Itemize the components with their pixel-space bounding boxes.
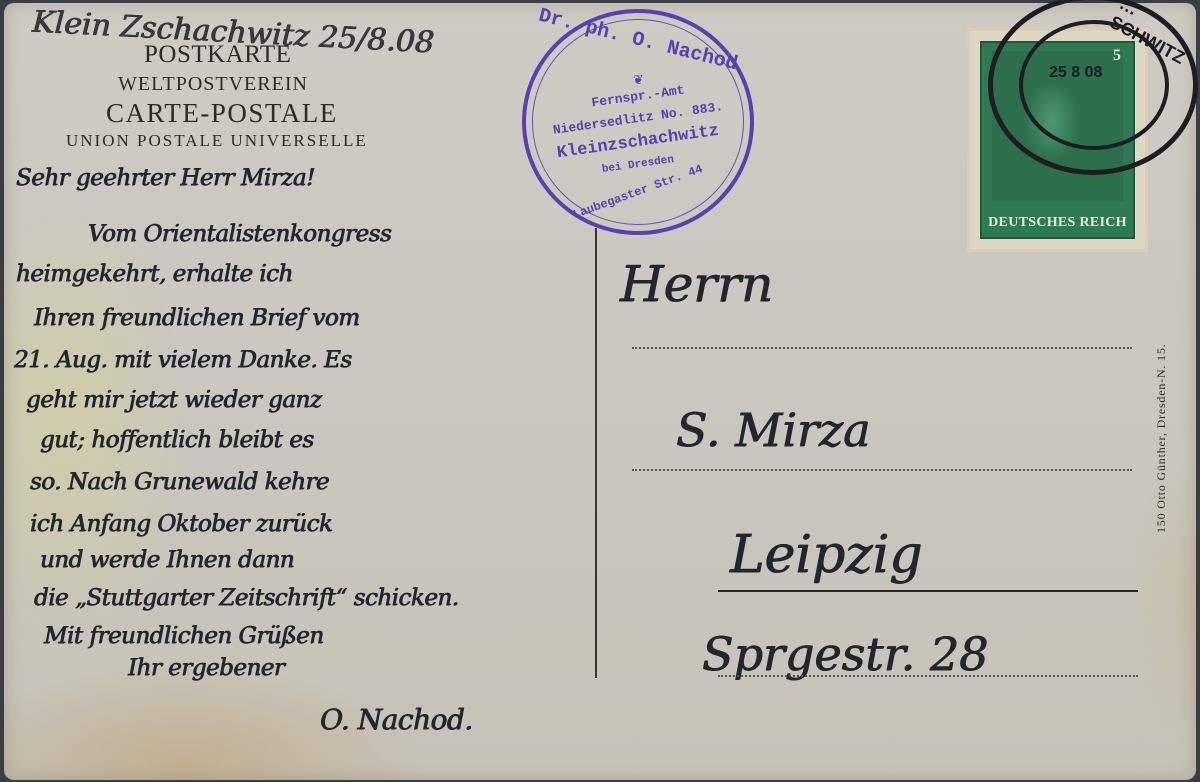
message-line: die „Stuttgarter Zeitschrift“ schicken. bbox=[34, 585, 459, 611]
carte-postale-label: CARTE-POSTALE bbox=[106, 98, 338, 129]
message-line: so. Nach Grunewald kehre bbox=[30, 469, 329, 495]
message-line: 21. Aug. mit vielem Danke. Es bbox=[14, 347, 352, 373]
message-line: ich Anfang Oktober zurück bbox=[30, 511, 332, 537]
sender-rubber-stamp: Dr. ph. O. Nachod ❦ Fernspr.-Amt Nieders… bbox=[522, 9, 754, 235]
address-line-1 bbox=[632, 347, 1132, 349]
center-divider bbox=[595, 228, 597, 678]
address-name: S. Mirza bbox=[676, 403, 871, 457]
message-line: Vom Orientalistenkongress bbox=[88, 221, 391, 247]
publisher-imprint: 150 Otto Günther, Dresden-N. 15. bbox=[1154, 344, 1169, 533]
postcard: POSTKARTE WELTPOSTVEREIN CARTE-POSTALE U… bbox=[4, 3, 1196, 780]
message-line: Ihren freundlichen Brief vom bbox=[34, 305, 360, 331]
stamp-label: DEUTSCHES REICH bbox=[982, 215, 1133, 231]
message-line: geht mir jetzt wieder ganz bbox=[26, 387, 322, 413]
message-line: gut; hoffentlich bleibt es bbox=[40, 427, 314, 453]
upu-label: UNION POSTALE UNIVERSELLE bbox=[66, 131, 368, 151]
address-line-2 bbox=[632, 469, 1132, 471]
address-city-line bbox=[718, 590, 1138, 592]
address-city: Leipzig bbox=[730, 525, 923, 585]
weltpostverein-label: WELTPOSTVEREIN bbox=[118, 73, 308, 96]
message-line: Mit freundlichen Grüßen bbox=[44, 623, 324, 649]
address-salutation: Herrn bbox=[620, 255, 773, 313]
message-line: heimgekehrt, erhalte ich bbox=[16, 261, 293, 287]
message-line: Ihr ergebener bbox=[128, 655, 284, 681]
postmark: …SCHWITZ 25 8 08 bbox=[988, 0, 1198, 175]
message-line: Sehr geehrter Herr Mirza! bbox=[16, 165, 315, 191]
address-line-3 bbox=[718, 675, 1138, 677]
address-street: Sprgestr. 28 bbox=[702, 627, 988, 681]
message-line: und werde Ihnen dann bbox=[40, 547, 294, 573]
signature: O. Nachod. bbox=[320, 703, 473, 736]
postmark-date: 25 8 08 bbox=[1049, 64, 1102, 82]
